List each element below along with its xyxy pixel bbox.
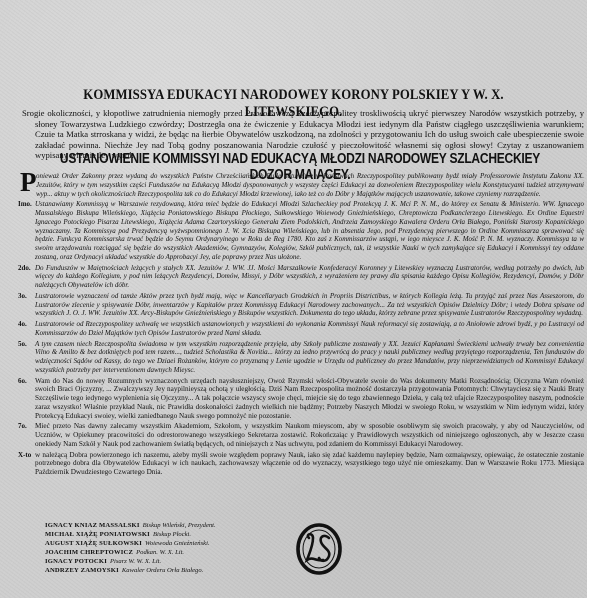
- paragraph-text: Wam do Nas do nowey Rozumnych wyznaczony…: [35, 377, 584, 420]
- signatory-name: IGNACY POTOCKI: [45, 558, 107, 565]
- signatory-title: Woiewoda Gnieźnieński.: [145, 540, 210, 547]
- signatory-name: ANDRZEY ZAMOYSKI: [45, 567, 119, 574]
- decree-paragraph: 2do.Do Funduszów w Maiętnościach leżącyc…: [18, 264, 584, 290]
- paragraph-number: 4o.: [18, 320, 27, 329]
- paragraph-text: Mieć przeto Nas dawny zalecamy wszystkim…: [35, 422, 584, 448]
- decree-paragraph: 7o.Mieć przeto Nas dawny zalecamy wszyst…: [18, 422, 584, 448]
- paragraph-number: 3o.: [18, 292, 27, 301]
- paragraph-number: 6o.: [18, 377, 27, 386]
- signatory-title: Kawaler Orderu Orła Białego.: [122, 567, 203, 574]
- signatory-name: IGNACY KNIAZ MASSALSKI: [45, 522, 140, 529]
- decree-paragraph: X-tow należącą Dobra powierzonego ich na…: [18, 451, 584, 477]
- locus-sigilli-seal-icon: [295, 522, 343, 576]
- signatory-name: AUGUST XIĄŻĘ SUŁKOWSKI: [45, 540, 142, 547]
- paragraph-text: Lustratorowie od Rzeczypospolitey uchwał…: [35, 320, 584, 337]
- signatory-name: MICHAŁ XIĄŻĘ PONIATOWSKI: [45, 531, 150, 538]
- paragraph-text: w należącą Dobra powierzonego ich naszem…: [35, 451, 584, 477]
- signature-line: IGNACY KNIAZ MASSALSKIBiskup Wileński, P…: [45, 521, 265, 530]
- signatory-title: Pisarz W. W. X. Lit.: [110, 558, 161, 565]
- document-page: KOMMISSYA EDUKACYI NARODOWEY KORONY POLS…: [0, 0, 587, 598]
- paragraph-number: X-to: [18, 451, 31, 460]
- paragraph-text: onieważ Order Zakonny przez wydaną do ws…: [36, 172, 584, 198]
- decree-paragraph: 6o.Wam do Nas do nowey Rozumnych wyznacz…: [18, 377, 584, 421]
- paragraph-text: Ustanawiamy Kommissyą w Warszawie rezydo…: [35, 200, 584, 261]
- signature-block: IGNACY KNIAZ MASSALSKIBiskup Wileński, P…: [45, 521, 265, 575]
- paragraph-text: Do Funduszów w Maiętnościach leżących y …: [35, 264, 584, 290]
- decree-paragraph: 3o.Lustratorowie wyznaczeni od tamże Akt…: [18, 292, 584, 318]
- signatory-title: Biskup Płocki.: [153, 531, 191, 538]
- signature-line: ANDRZEY ZAMOYSKIKawaler Orderu Orła Biał…: [45, 566, 265, 575]
- signature-line: IGNACY POTOCKIPisarz W. W. X. Lit.: [45, 557, 265, 566]
- decree-paragraph: Ponieważ Order Zakonny przez wydaną do w…: [18, 172, 584, 198]
- signatory-title: Biskup Wileński, Prezydent.: [143, 522, 216, 529]
- paragraph-number: 7o.: [18, 422, 27, 431]
- drop-cap: P: [20, 169, 37, 196]
- paragraph-number: Imo.: [18, 200, 32, 209]
- decree-body: Ponieważ Order Zakonny przez wydaną do w…: [18, 172, 584, 479]
- decree-paragraph: Imo.Ustanawiamy Kommissyą w Warszawie re…: [18, 200, 584, 261]
- signature-line: MICHAŁ XIĄŻĘ PONIATOWSKIBiskup Płocki.: [45, 530, 265, 539]
- signature-line: AUGUST XIĄŻĘ SUŁKOWSKIWoiewoda Gnieźnień…: [45, 539, 265, 548]
- signature-line: JOACHIM CHREPTOWICZPodkan. W. X. Lit.: [45, 548, 265, 557]
- decree-paragraph: 5o.A tym czasem niech Rzeczpospolita świ…: [18, 340, 584, 375]
- signatory-name: JOACHIM CHREPTOWICZ: [45, 549, 133, 556]
- signatory-title: Podkan. W. X. Lit.: [136, 549, 184, 556]
- paragraph-number: 2do.: [18, 264, 31, 273]
- paragraph-text: Lustratorowie wyznaczeni od tamże Aktów …: [35, 292, 584, 318]
- decree-paragraph: 4o.Lustratorowie od Rzeczypospolitey uch…: [18, 320, 584, 338]
- paragraph-text: A tym czasem niech Rzeczpospolita świado…: [35, 340, 584, 374]
- paragraph-number: 5o.: [18, 340, 27, 349]
